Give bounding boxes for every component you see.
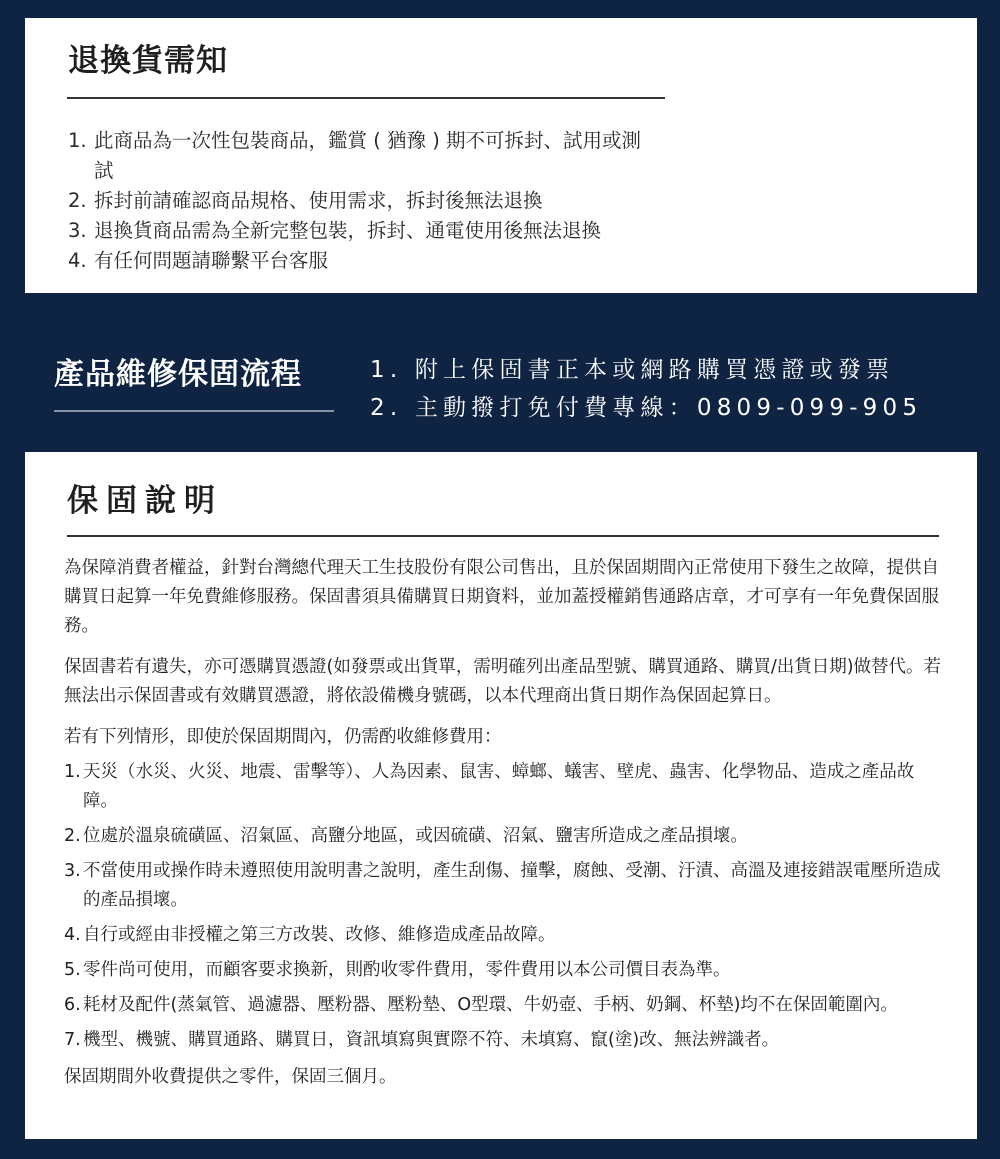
warranty-body: 為保障消費者權益，針對台灣總代理天工生技股份有限公司售出，且於保固期間內正常使用… [64,554,944,1104]
returns-title: 退換貨需知 [68,46,228,77]
warranty-card: 保固說明 為保障消費者權益，針對台灣總代理天工生技股份有限公司售出，且於保固期間… [25,452,977,1139]
returns-item-3: 3. 退換貨商品需為全新完整包裝，拆封、通電使用後無法退換 [68,216,654,246]
condition-item-4: 4.自行或經由非授權之第三方改裝、改修、維修造成產品故障。 [64,921,944,950]
conditions-intro: 若有下列情形，即使於保固期間內，仍需酌收維修費用： [64,723,944,752]
condition-item-2: 2.位處於溫泉硫磺區、沼氣區、高鹽分地區，或因硫磺、沼氣、鹽害所造成之產品損壞。 [64,822,944,851]
warranty-divider [67,535,939,537]
condition-item-1: 1.天災（水災、火災、地震、雷擊等）、人為因素、鼠害、蟑螂、蟻害、壁虎、蟲害、化… [64,758,944,816]
returns-divider [67,97,665,99]
returns-notice-card: 退換貨需知 1. 此商品為一次性包裝商品，鑑賞 ( 猶豫 ) 期不可拆封、試用或… [25,18,977,293]
repair-flow-title: 產品維修保固流程 [54,360,302,390]
repair-flow-divider [54,410,334,412]
warranty-paragraph-1: 為保障消費者權益，針對台灣總代理天工生技股份有限公司售出，且於保固期間內正常使用… [64,554,944,641]
condition-item-3: 3.不當使用或操作時未遵照使用說明書之說明，產生刮傷、撞擊，腐蝕、受潮、汙漬、高… [64,857,944,915]
returns-item-4: 4. 有任何問題請聯繫平台客服 [68,246,654,276]
returns-list: 1. 此商品為一次性包裝商品，鑑賞 ( 猶豫 ) 期不可拆封、試用或測試 2. … [68,126,654,276]
condition-item-5: 5.零件尚可使用，而顧客要求換新，則酌收零件費用，零件費用以本公司價目表為準。 [64,956,944,985]
warranty-footer-note: 保固期間外收費提供之零件，保固三個月。 [64,1063,944,1092]
condition-item-7: 7.機型、機號、購買通路、購買日，資訊填寫與實際不符、未填寫、竄(塗)改、無法辨… [64,1026,944,1055]
repair-flow-step-1: 1. 附上保固書正本或網路購買憑證或發票 [370,351,922,389]
repair-flow-step-2: 2. 主動撥打免付費專線：0809-099-905 [370,389,922,427]
repair-flow-steps: 1. 附上保固書正本或網路購買憑證或發票 2. 主動撥打免付費專線：0809-0… [370,351,922,427]
warranty-title: 保固說明 [67,486,223,517]
returns-item-1: 1. 此商品為一次性包裝商品，鑑賞 ( 猶豫 ) 期不可拆封、試用或測試 [68,126,654,186]
condition-item-6: 6.耗材及配件(蒸氣管、過濾器、壓粉器、壓粉墊、O型環、牛奶壺、手柄、奶鋼、杯墊… [64,991,944,1020]
conditions-list: 1.天災（水災、火災、地震、雷擊等）、人為因素、鼠害、蟑螂、蟻害、壁虎、蟲害、化… [64,758,944,1055]
returns-item-2: 2. 拆封前請確認商品規格、使用需求，拆封後無法退換 [68,186,654,216]
warranty-paragraph-2: 保固書若有遺失，亦可憑購買憑證(如發票或出貨單，需明確列出產品型號、購買通路、購… [64,653,944,711]
